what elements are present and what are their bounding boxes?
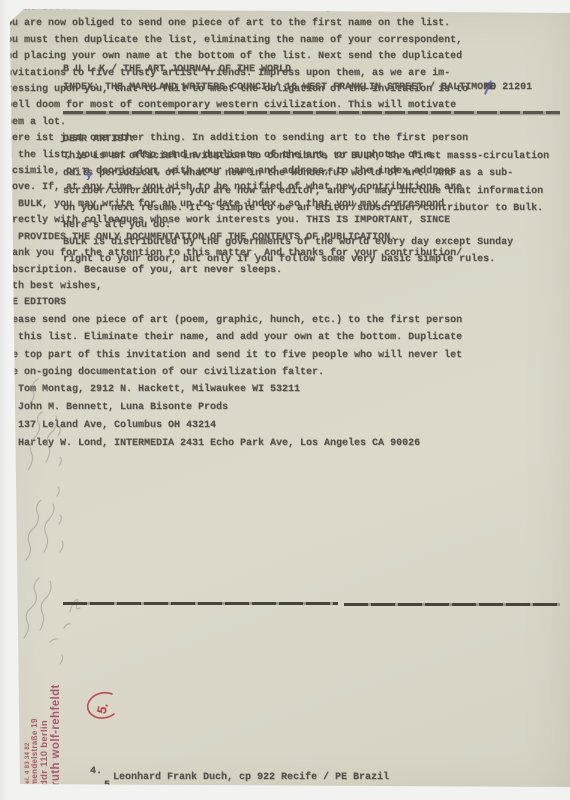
list-item-5-partial: 5. [104,780,116,791]
list-item-4: Leonhard Frank Duch, cp 922 Recife / PE … [113,772,389,783]
page-title: B U L K / THE ART JOURNAL OF THE WORLD [63,64,291,75]
index-address-prefix: INDEX: THE MARYLAND WRITERS COUNCIL/ 16 … [63,82,483,93]
letter-line: At the bottom of this invitation are fiv… [0,0,570,16]
letter-line: This is an official invitation to contri… [63,148,549,165]
letter-line: the top part of this invitation and send… [0,347,570,364]
letter-line: them a lot. [0,115,570,131]
letter-line: 137 Leland Ave, Columbus OH 43214 [0,417,570,435]
letter-line: Here's all you do: [63,217,549,234]
letter-page: B U L K / THE ART JOURNAL OF THE WORLD I… [0,0,570,800]
letter-line: You must then duplicate the list, elimin… [0,33,570,49]
blue-ink-correction: sy [87,165,93,182]
letter-line: With best wishes, [0,279,570,295]
letter-opening: DEAR ARTIST: This is an official invitat… [63,131,549,269]
letter-line: 3. Harley W. Lond, INTERMEDIA 2431 Echo … [0,435,570,453]
stamp-name: ruth wolf-rehfeldt [50,636,62,786]
blue-strikethrough-re: RE [483,82,495,93]
letter-line: the on-going documentation of our civili… [0,364,570,381]
index-address-line: INDEX: THE MARYLAND WRITERS COUNCIL/ 16 … [63,82,532,93]
daily-correction-line: dailsy periodical of what's new in the w… [63,165,549,182]
letter-line: BULK is distributed by the governments o… [63,234,549,251]
circled-five: 5. [94,701,111,715]
letter-line: 2. John M. Bennett, Luna Bisonte Prods [0,399,570,417]
letter-line: on your next resume. It's simple to be a… [63,200,549,217]
letter-line: THE EDITORS [0,295,570,311]
scanner-background: B U L K / THE ART JOURNAL OF THE WORLD I… [0,0,570,800]
letter-line: you are now obliged to send one piece of… [0,16,570,32]
salutation: DEAR ARTIST: [63,131,549,148]
typed-divider-bottom [63,602,560,606]
letter-line: right to your door, but only if you foll… [63,251,549,268]
letter-line: 1. Tom Montag, 2912 N. Hackett, Milwauke… [0,381,570,399]
stamp-city: ddr 110 berlin [40,636,50,786]
list-item-4-number: 4. [90,766,102,777]
letter-line: on this list. Eliminate their name, and … [0,329,570,346]
typed-divider-top [63,111,560,114]
address-stamp: tel. 4 83 34 82 mendelstraße 19 ddr 110 … [20,636,62,786]
letter-line: scriber/contributor, you are now an edit… [63,183,549,200]
letter-line: Please send one piece of art (poem, grap… [0,312,570,329]
